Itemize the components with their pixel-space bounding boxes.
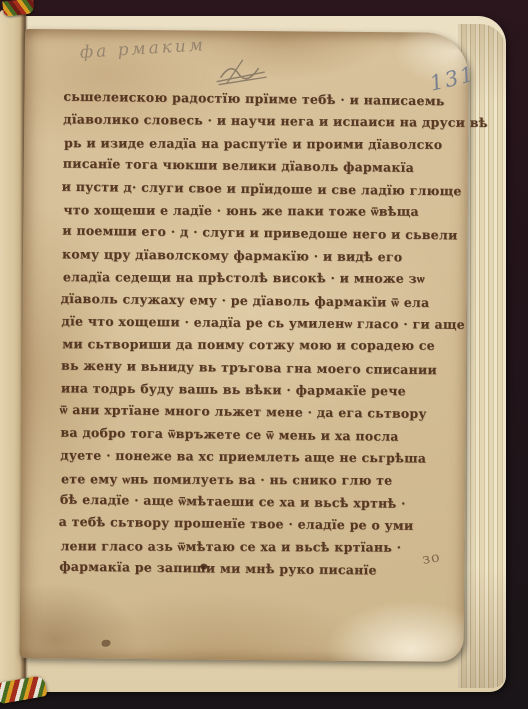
ink-blot bbox=[102, 640, 111, 647]
manuscript-page: фа рмаким 131 сьшелеискою радостїю прїим… bbox=[20, 29, 469, 662]
margin-note: зо bbox=[421, 549, 441, 568]
text-block: сьшелеискою радостїю прїиме тебѣ · и нап… bbox=[59, 86, 461, 582]
text-line: а тебѣ сьтвору прошенїе твое · еладїе ре… bbox=[59, 511, 457, 538]
text-line: дуете · понеже ва хс приемлеть аще не сь… bbox=[60, 445, 458, 471]
text-line: еладїа седещи на прѣстолѣ високѣ · и мно… bbox=[63, 266, 461, 290]
text-line: ва добро тога ѿвръжете се ѿ мень и ха по… bbox=[60, 421, 458, 448]
endband-top bbox=[2, 0, 34, 17]
text-line: ми сьтвориши да поиму сотжу мою и сораде… bbox=[62, 333, 460, 357]
manuscript-photo: фа рмаким 131 сьшелеискою радостїю прїим… bbox=[0, 0, 528, 709]
text-line: и пусти д· слуги свое и прїидоше и све л… bbox=[62, 175, 460, 202]
text-line: вь жену и вьниду вь тръгова гна моего сп… bbox=[61, 354, 459, 381]
text-line: дїе что хощеши · еладїа ре сь умиленѡ гл… bbox=[61, 310, 459, 336]
text-line: ете ему ѡнь помилуеть ва · нь снико глю … bbox=[61, 468, 459, 492]
text-line: фармакїа ре запиши ми мнѣ руко писанїе bbox=[59, 556, 457, 583]
header-annotation: фа рмаким bbox=[79, 35, 206, 63]
text-line: дїаволико словесь · и научи нега и испаи… bbox=[63, 109, 461, 135]
text-line: дїаволь служаху ему · ре дїаволь фармакї… bbox=[61, 287, 459, 314]
text-line: кому цру дїаволскому фармакїю · и видѣ е… bbox=[62, 243, 460, 269]
scribble-mark bbox=[213, 58, 271, 87]
